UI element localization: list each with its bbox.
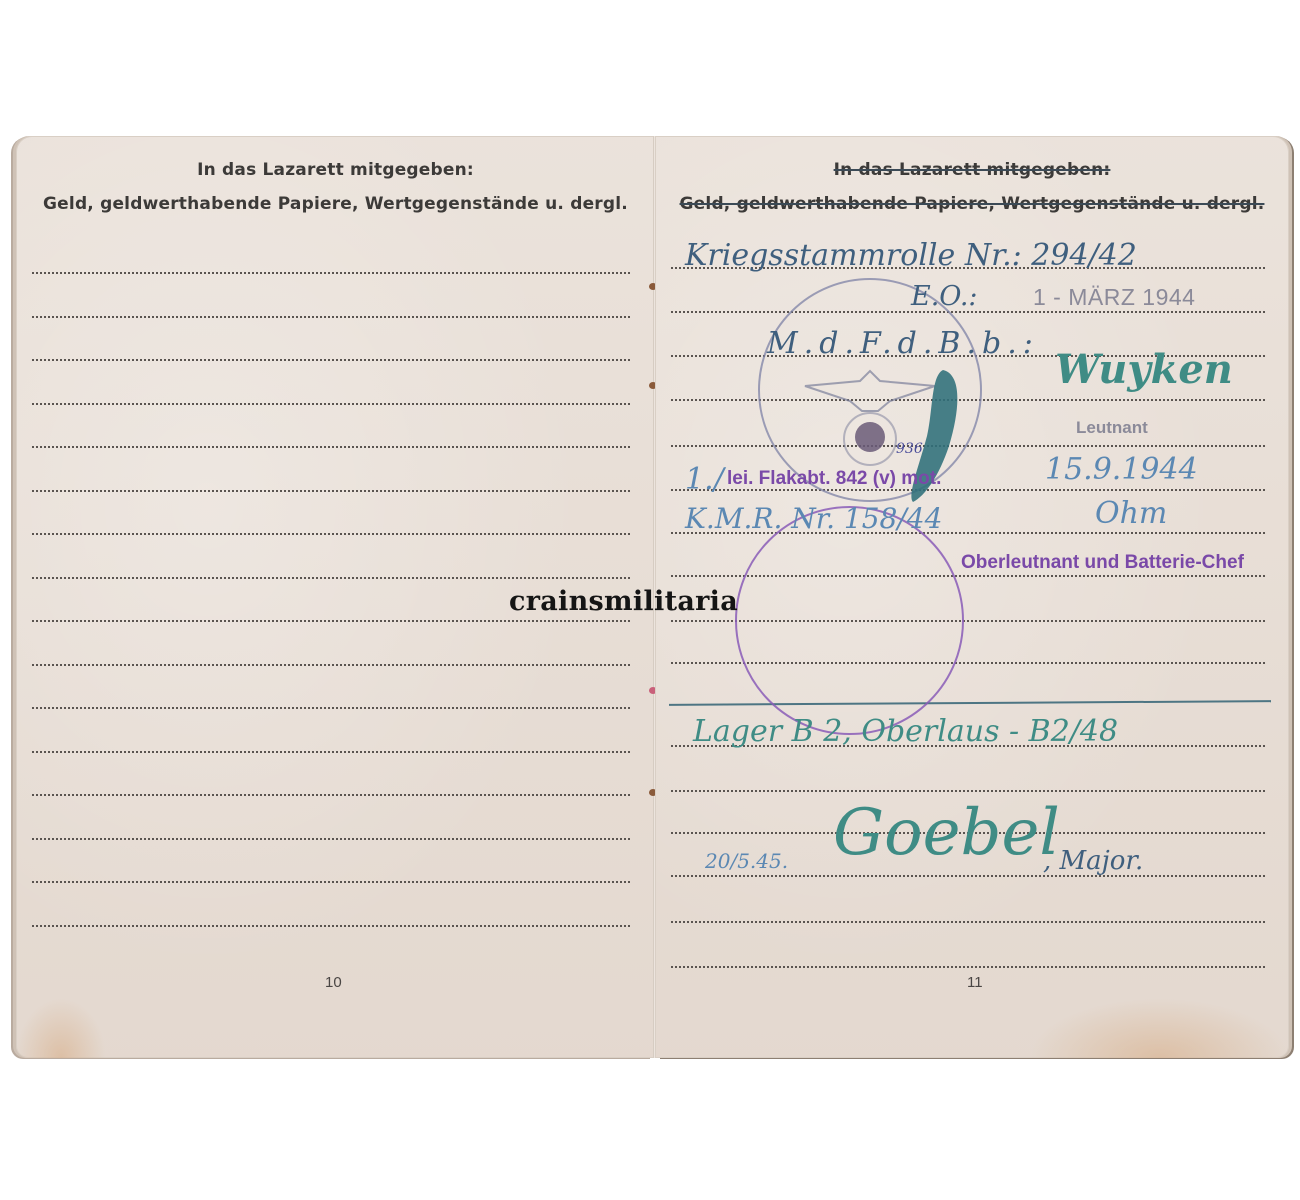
page-number-left: 10	[325, 974, 342, 991]
ruled-line	[32, 751, 630, 753]
eo-label: E.O.:	[911, 281, 978, 312]
rank-stamp-batterie-chef: Oberleutnant und Batterie-Chef	[961, 552, 1244, 574]
ruled-line	[32, 925, 630, 927]
open-paybook: In das Lazarett mitgegeben: Geld, geldwe…	[12, 136, 1294, 1060]
signature-oberleutnant: Ohm	[1095, 496, 1167, 531]
kriegsstammrolle-entry: Kriegsstammrolle Nr.: 294/42	[685, 238, 1137, 273]
page-right: In das Lazarett mitgegeben: Geld, geldwe…	[655, 136, 1289, 1058]
ruled-line	[32, 272, 630, 274]
mdfdbb-entry: M.d.F.d.B.b.:	[767, 326, 1039, 361]
feldpost-stamp-circle	[735, 506, 964, 735]
ruled-line	[671, 445, 1265, 447]
ruled-line	[32, 664, 630, 666]
signature-leutnant: Wuyken	[1055, 346, 1233, 393]
ruled-line	[32, 403, 630, 405]
ruled-line	[32, 838, 630, 840]
unit-date: 15.9.1944	[1045, 452, 1198, 487]
ruled-line	[671, 966, 1265, 968]
discharge-date: 20/5.45.	[705, 849, 788, 873]
kmr-entry: K.M.R. Nr. 158/44	[685, 502, 942, 535]
right-heading-line1: In das Lazarett mitgegeben:	[655, 160, 1289, 180]
ruled-line	[32, 446, 630, 448]
ruled-line	[32, 794, 630, 796]
ruled-line	[32, 316, 630, 318]
stamp-number: 936	[896, 441, 923, 457]
unit-prefix: 1./	[685, 462, 724, 497]
ruled-line	[32, 707, 630, 709]
unit-stamp: lei. Flakabt. 842 (v) mot.	[727, 468, 941, 490]
ruled-line	[671, 790, 1265, 792]
lager-entry: Lager B 2, Oberlaus - B2/48	[693, 714, 1118, 749]
left-heading-line2: Geld, geldwerthabende Papiere, Wertgegen…	[16, 194, 655, 214]
ruled-line	[32, 490, 630, 492]
ruled-line	[32, 881, 630, 883]
separator-line	[669, 700, 1271, 706]
page-number-right: 11	[967, 974, 983, 991]
signature-major-rank: , Major.	[1043, 846, 1143, 876]
left-heading-line1: In das Lazarett mitgegeben:	[16, 160, 655, 180]
rank-stamp-leutnant: Leutnant	[1076, 418, 1148, 438]
ruled-line	[32, 359, 630, 361]
ruled-line	[671, 921, 1265, 923]
signature-major: Goebel	[833, 796, 1060, 870]
watermark: crainsmilitaria	[509, 586, 738, 617]
ruled-line	[671, 875, 1265, 877]
water-stain	[1029, 998, 1289, 1058]
date-stamp: 1 - MÄRZ 1944	[1033, 284, 1195, 311]
ruled-line	[32, 577, 630, 579]
ruled-line	[32, 533, 630, 535]
water-stain	[16, 998, 106, 1058]
ruled-line	[32, 620, 630, 622]
right-heading-line2: Geld, geldwerthabende Papiere, Wertgegen…	[655, 194, 1289, 214]
